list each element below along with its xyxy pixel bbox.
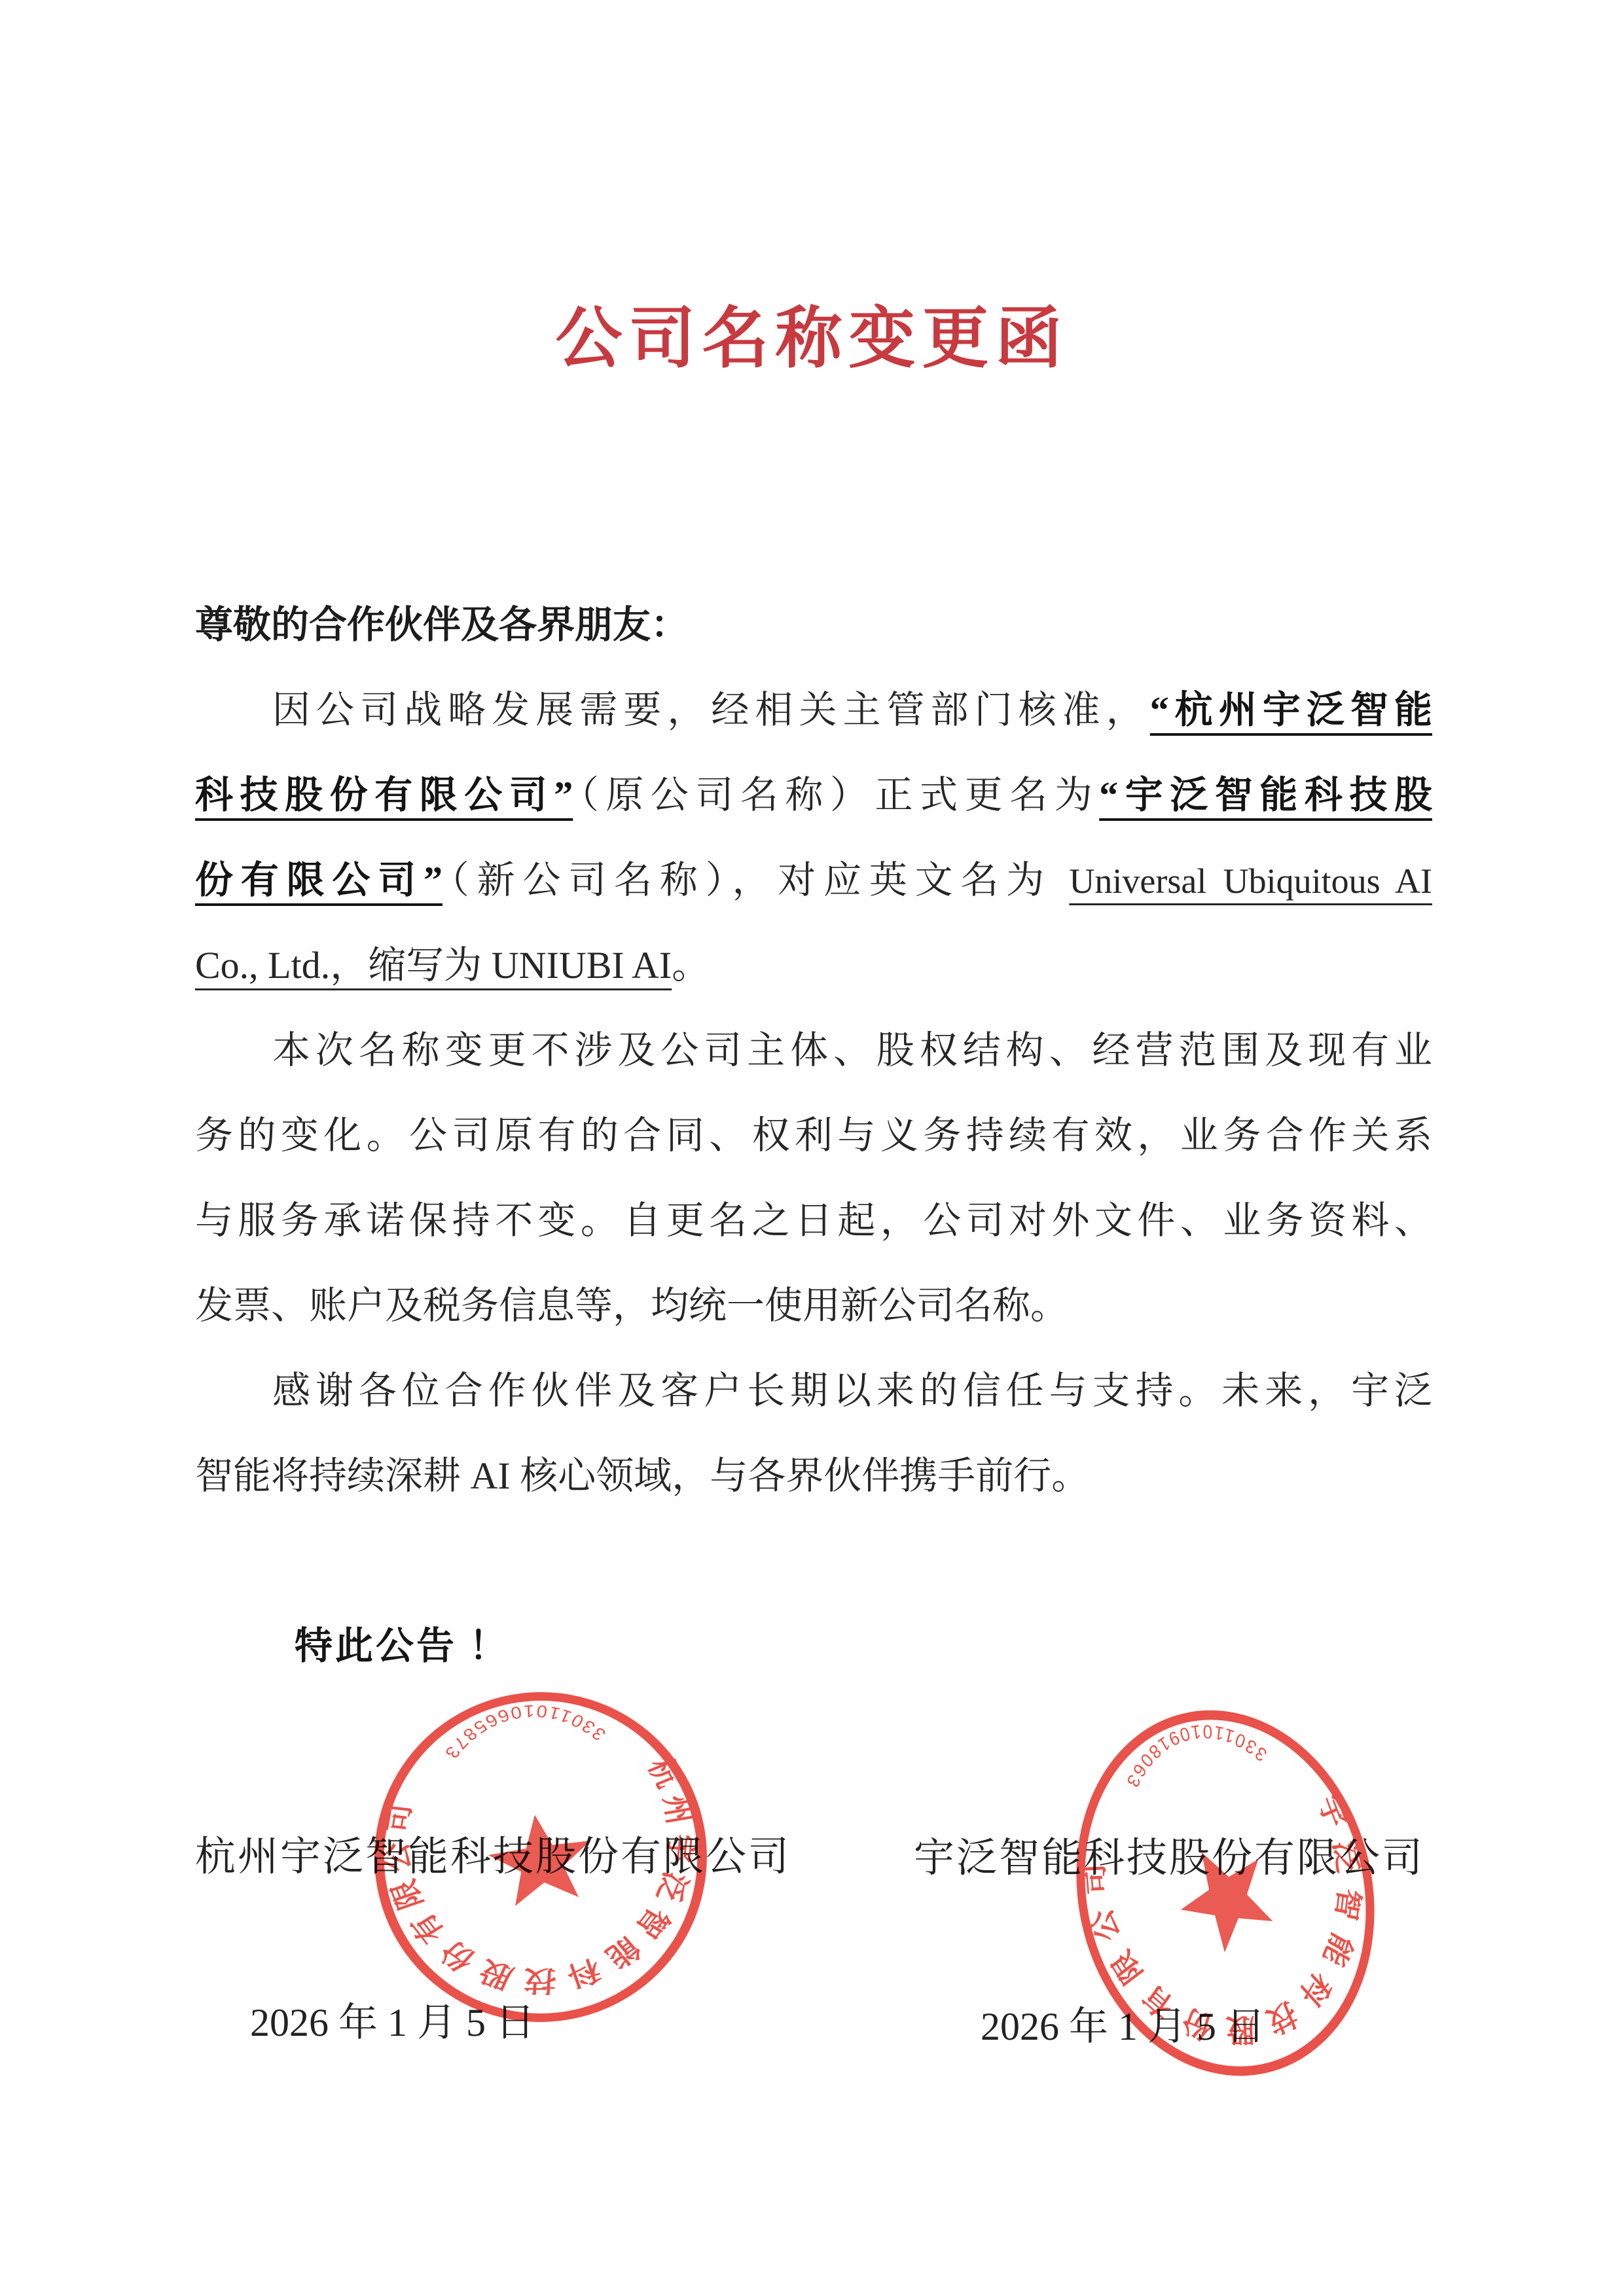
document-title: 公司名称变更函: [0, 285, 1624, 381]
seal-ring-text: 杭州宇泛智能科技股份有限公司: [371, 1752, 718, 2018]
paragraph1-line2: 科技股份有限公司”（原公司名称）正式更名为“宇泛智能科技股: [195, 753, 1432, 838]
p1-text-3: （新公司名称），对应英文名为: [442, 859, 1069, 901]
letter-body: 尊敬的合作伙伴及各界朋友： 因公司战略发展需要，经相关主管部门核准，“杭州宇泛智…: [195, 583, 1432, 1689]
p1-text-2: （原公司名称）正式更名为: [573, 774, 1099, 816]
paragraph1-line4: Co., Ltd.，缩写为 UNIUBI AI。: [195, 923, 1432, 1008]
company-seal-old: 杭州宇泛智能科技股份有限公司 33011010665873: [339, 1663, 742, 2051]
old-company-name-part1: “杭州宇泛智能: [1150, 689, 1432, 731]
p1-period: 。: [672, 944, 710, 986]
paragraph2-line4: 发票、账户及税务信息等，均统一使用新公司名称。: [195, 1263, 1432, 1348]
new-company-name-part2: 份有限公司”: [195, 859, 442, 901]
paragraph1-line3: 份有限公司”（新公司名称），对应英文名为 Universal Ubiquitou…: [195, 838, 1432, 923]
english-name-part1: Universal Ubiquitous AI: [1069, 861, 1432, 901]
paragraph3-line1: 感谢各位合作伙伴及客户长期以来的信任与支持。未来，宇泛: [195, 1348, 1432, 1434]
paragraph1-line1: 因公司战略发展需要，经相关主管部门核准，“杭州宇泛智能: [195, 668, 1432, 753]
english-name-part2: Co., Ltd.，缩写为 UNIUBI AI: [195, 944, 672, 986]
seal-star-icon: [484, 1807, 598, 1909]
salutation: 尊敬的合作伙伴及各界朋友：: [195, 583, 1432, 668]
paragraph2-line1: 本次名称变更不涉及公司主体、股权结构、经营范围及现有业: [195, 1008, 1432, 1093]
paragraph2-line3: 与服务承诺保持不变。自更名之日起，公司对外文件、业务资料、: [195, 1178, 1432, 1263]
closing-statement: 特此公告 ！: [195, 1604, 1432, 1689]
spacer: [195, 1519, 1432, 1604]
scanned-letter-page: 公司名称变更函 尊敬的合作伙伴及各界朋友： 因公司战略发展需要，经相关主管部门核…: [0, 0, 1624, 2295]
seal-ring-text: 宇泛智能科技股份有限公司: [1070, 1789, 1399, 2078]
p1-text-1: 因公司战略发展需要，经相关主管部门核准，: [272, 689, 1150, 731]
paragraph3-line2: 智能将持续深耕 AI 核心领域，与各界伙伴携手前行。: [195, 1434, 1432, 1519]
new-company-name-part1: “宇泛智能科技股: [1099, 774, 1432, 816]
seal-star-icon: [1163, 1827, 1288, 1962]
paragraph2-line2: 务的变化。公司原有的合同、权利与义务持续有效，业务合作关系: [195, 1093, 1432, 1178]
old-company-name-part2: 科技股份有限公司”: [195, 774, 573, 816]
